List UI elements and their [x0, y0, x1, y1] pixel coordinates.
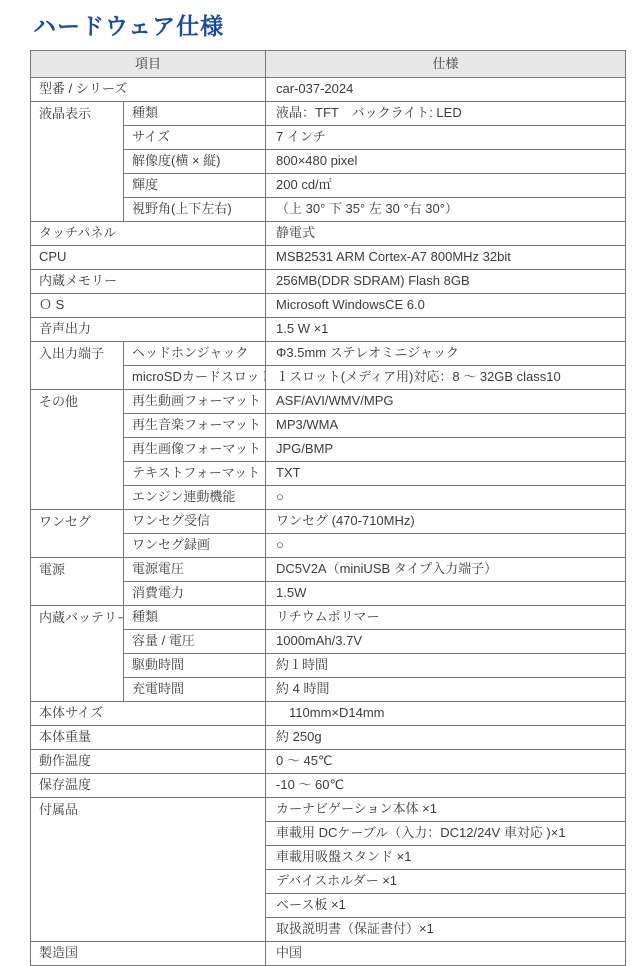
spec-item-cell: エンジン連動機能 — [124, 486, 266, 510]
spec-value-cell: 1000mAh/3.7V — [266, 630, 626, 654]
spec-item-cell: 本体重量 — [31, 726, 266, 750]
spec-item-cell: サイズ — [124, 126, 266, 150]
spec-value-cell: car-037-2024 — [266, 78, 626, 102]
spec-value-cell: ○ — [266, 486, 626, 510]
table-row: 内蔵メモリー256MB(DDR SDRAM) Flash 8GB — [31, 270, 626, 294]
spec-value-cell: 256MB(DDR SDRAM) Flash 8GB — [266, 270, 626, 294]
spec-item-cell: Ｏ S — [31, 294, 266, 318]
table-row: 型番 / シリーズcar-037-2024 — [31, 78, 626, 102]
spec-item-cell: ワンセグ受信 — [124, 510, 266, 534]
spec-group-cell: 液晶表示 — [31, 102, 124, 222]
table-row: CPUMSB2531 ARM Cortex-A7 800MHz 32bit — [31, 246, 626, 270]
spec-group-cell: その他 — [31, 390, 124, 510]
spec-value-cell: 車載用 DCケーブル（入力：DC12/24V 車対応 )×1 — [266, 822, 626, 846]
spec-item-cell: microSDカードスロット — [124, 366, 266, 390]
spec-value-cell: -10 ～ 60℃ — [266, 774, 626, 798]
spec-group-cell: ワンセグ — [31, 510, 124, 558]
spec-item-cell: 保存温度 — [31, 774, 266, 798]
spec-item-cell: 種類 — [124, 606, 266, 630]
spec-value-cell: 110mm×D14mm — [266, 702, 626, 726]
table-row: タッチパネル静電式 — [31, 222, 626, 246]
table-row: 動作温度0 ～ 45℃ — [31, 750, 626, 774]
spec-item-cell: 動作温度 — [31, 750, 266, 774]
spec-value-cell: 約１時間 — [266, 654, 626, 678]
spec-value-cell: 1.5W — [266, 582, 626, 606]
spec-group-cell: 内蔵バッテリー — [31, 606, 124, 702]
table-row: 電源電源電圧DC5V2A（miniUSB タイプ入力端子） — [31, 558, 626, 582]
spec-item-cell: 型番 / シリーズ — [31, 78, 266, 102]
spec-value-cell: Φ3.5mm ステレオミニジャック — [266, 342, 626, 366]
spec-value-cell: DC5V2A（miniUSB タイプ入力端子） — [266, 558, 626, 582]
table-row: 本体重量約 250g — [31, 726, 626, 750]
spec-item-cell: 再生画像フォーマット — [124, 438, 266, 462]
spec-value-cell: ベース板 ×1 — [266, 894, 626, 918]
spec-value-cell: MSB2531 ARM Cortex-A7 800MHz 32bit — [266, 246, 626, 270]
spec-value-cell: 200 cd/㎡ — [266, 174, 626, 198]
table-row: ワンセグワンセグ受信ワンセグ (470-710MHz) — [31, 510, 626, 534]
spec-value-cell: MP3/WMA — [266, 414, 626, 438]
spec-item-cell: 音声出力 — [31, 318, 266, 342]
spec-value-cell: 1.5 W ×1 — [266, 318, 626, 342]
spec-item-cell: 消費電力 — [124, 582, 266, 606]
spec-item-cell: 輝度 — [124, 174, 266, 198]
spec-item-cell: 種類 — [124, 102, 266, 126]
spec-value-cell: 液晶：TFT バックライト: LED — [266, 102, 626, 126]
spec-value-cell: JPG/BMP — [266, 438, 626, 462]
column-header-spec: 仕様 — [266, 51, 626, 78]
spec-item-cell: 視野角(上下左右) — [124, 198, 266, 222]
spec-item-cell: 駆動時間 — [124, 654, 266, 678]
spec-sheet-page: ハードウェア仕様 項目 仕様 型番 / シリーズcar-037-2024液晶表示… — [0, 0, 640, 886]
spec-value-cell: 0 ～ 45℃ — [266, 750, 626, 774]
spec-value-cell: カーナビゲーション本体 ×1 — [266, 798, 626, 822]
spec-item-cell: 再生音楽フォーマット — [124, 414, 266, 438]
spec-item-cell: ヘッドホンジャック — [124, 342, 266, 366]
spec-item-cell: 本体サイズ — [31, 702, 266, 726]
spec-value-cell: 7 インチ — [266, 126, 626, 150]
spec-item-cell: CPU — [31, 246, 266, 270]
table-row: 音声出力1.5 W ×1 — [31, 318, 626, 342]
table-row: 内蔵バッテリー種類リチウムポリマー — [31, 606, 626, 630]
spec-group-cell: 入出力端子 — [31, 342, 124, 390]
table-row: Ｏ SMicrosoft WindowsCE 6.0 — [31, 294, 626, 318]
spec-item-cell: テキストフォーマット — [124, 462, 266, 486]
spec-value-cell: デバイスホルダー ×1 — [266, 870, 626, 894]
spec-value-cell: TXT — [266, 462, 626, 486]
spec-item-cell: 付属品 — [31, 798, 266, 942]
spec-value-cell: 静電式 — [266, 222, 626, 246]
spec-item-cell: ワンセグ録画 — [124, 534, 266, 558]
spec-value-cell: 約 250g — [266, 726, 626, 750]
spec-value-cell: リチウムポリマー — [266, 606, 626, 630]
spec-item-cell: 再生動画フォーマット — [124, 390, 266, 414]
table-row: その他再生動画フォーマットASF/AVI/WMV/MPG — [31, 390, 626, 414]
spec-item-cell: 充電時間 — [124, 678, 266, 702]
spec-value-cell: ワンセグ (470-710MHz) — [266, 510, 626, 534]
spec-item-cell: 容量 / 電圧 — [124, 630, 266, 654]
table-row: 製造国中国 — [31, 942, 626, 966]
table-row: 本体サイズ 110mm×D14mm — [31, 702, 626, 726]
spec-item-cell: 電源電圧 — [124, 558, 266, 582]
spec-item-cell: タッチパネル — [31, 222, 266, 246]
column-header-item: 項目 — [31, 51, 266, 78]
spec-item-cell: 製造国 — [31, 942, 266, 966]
table-row: 液晶表示種類液晶：TFT バックライト: LED — [31, 102, 626, 126]
spec-value-cell: 車載用吸盤スタンド ×1 — [266, 846, 626, 870]
spec-value-cell: （上 30° 下 35° 左 30 °右 30°） — [266, 198, 626, 222]
page-title: ハードウェア仕様 — [33, 8, 640, 41]
table-row: 保存温度-10 ～ 60℃ — [31, 774, 626, 798]
spec-value-cell: 約 4 時間 — [266, 678, 626, 702]
spec-value-cell: ○ — [266, 534, 626, 558]
table-row: 入出力端子ヘッドホンジャックΦ3.5mm ステレオミニジャック — [31, 342, 626, 366]
table-header-row: 項目 仕様 — [31, 51, 626, 78]
spec-value-cell: ASF/AVI/WMV/MPG — [266, 390, 626, 414]
spec-value-cell: 800×480 pixel — [266, 150, 626, 174]
spec-item-cell: 解像度(横 × 縦) — [124, 150, 266, 174]
spec-item-cell: 内蔵メモリー — [31, 270, 266, 294]
spec-value-cell: 中国 — [266, 942, 626, 966]
spec-value-cell: Microsoft WindowsCE 6.0 — [266, 294, 626, 318]
spec-value-cell: 取扱説明書（保証書付）×1 — [266, 918, 626, 942]
hardware-spec-table: 項目 仕様 型番 / シリーズcar-037-2024液晶表示種類液晶：TFT … — [30, 50, 626, 966]
spec-value-cell: １スロット(メディア用)対応：8 ～ 32GB class10 — [266, 366, 626, 390]
spec-group-cell: 電源 — [31, 558, 124, 606]
table-row: 付属品カーナビゲーション本体 ×1 — [31, 798, 626, 822]
